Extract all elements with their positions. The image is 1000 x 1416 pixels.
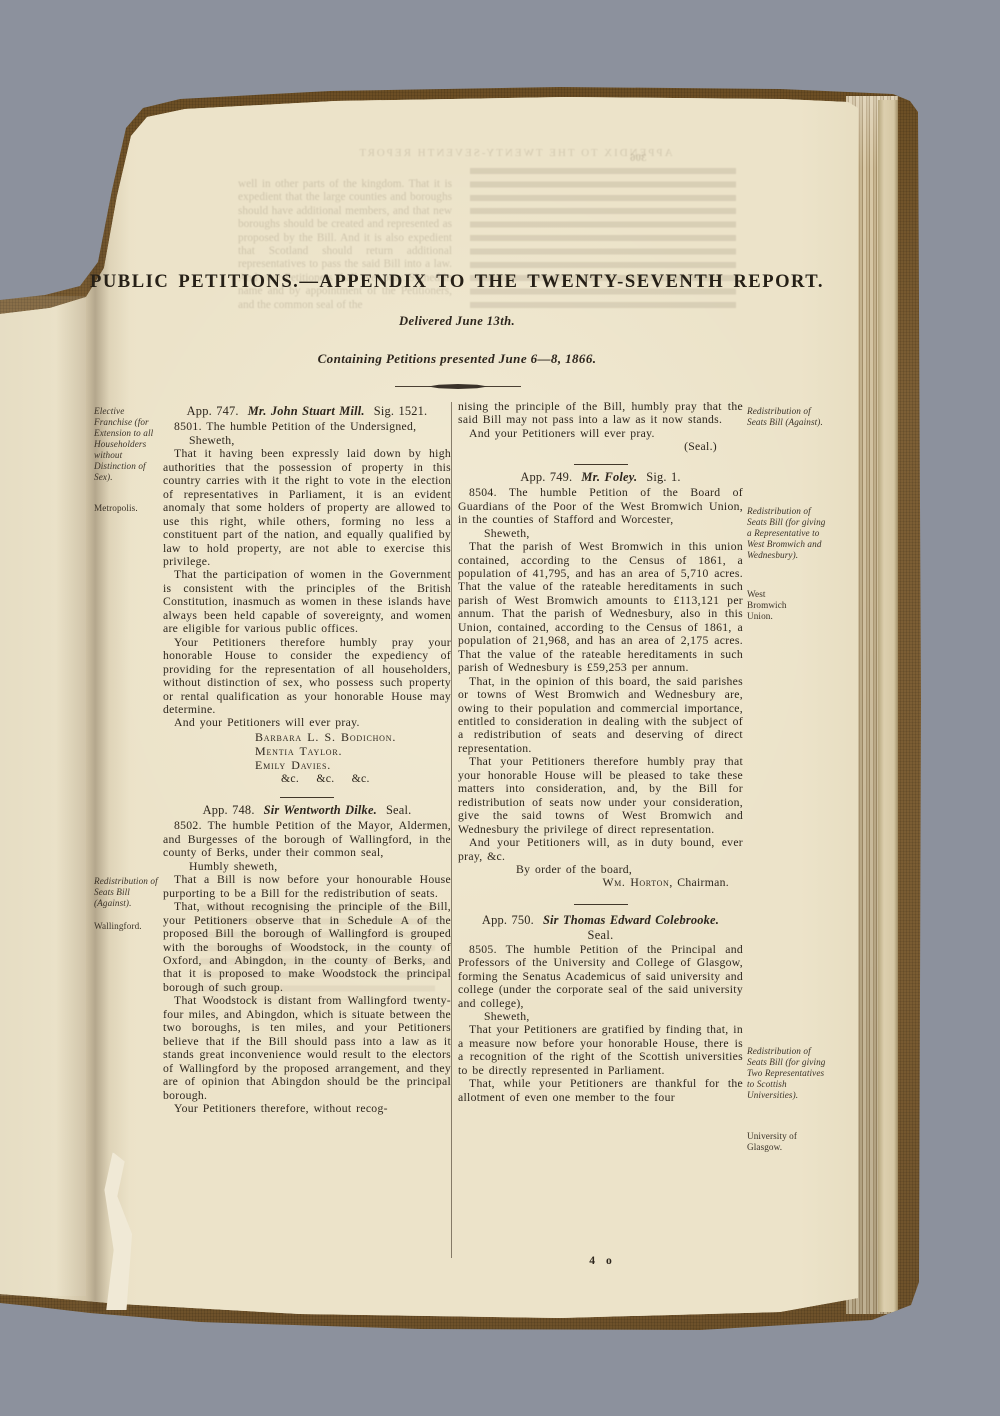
petition-747: App. 747.Mr. John Stuart Mill.Sig. 1521.… (163, 405, 451, 787)
seal-word: Seal. (386, 803, 411, 817)
margin-note-redistribution-against-2: Redistribution of Seats Bill (Against). (747, 406, 827, 428)
signature-count: Sig. 1. (646, 470, 680, 484)
right-column: nising the principle of the Bill, humbly… (458, 400, 743, 1104)
margin-note-elective-franchise: Elective Franchise (for Extension to all… (94, 406, 160, 483)
paragraph: That, without recognising the principle … (163, 900, 451, 994)
margin-note-west-bromwich-union: West Bromwich Union. (747, 589, 801, 622)
chairman-suffix: , Chairman. (669, 876, 729, 889)
paragraph-continuation: nising the principle of the Bill, humbly… (458, 400, 743, 427)
paragraph: Your Petitioners therefore humbly pray y… (163, 636, 451, 717)
paragraph-unfinished: That, while your Petitioners are thankfu… (458, 1077, 743, 1104)
app-number: App. 750. (482, 913, 534, 927)
paragraph: That your Petitioners therefore humbly p… (458, 755, 743, 836)
petition-heading: App. 748.Sir Wentworth Dilke.Seal. (163, 804, 451, 817)
signature-count: Sig. 1521. (374, 404, 428, 418)
prayer-line: And your Petitioners will ever pray. (163, 716, 451, 729)
paragraph: That the participation of women in the G… (163, 568, 451, 635)
paragraph-continued: Your Petitioners therefore, without reco… (163, 1102, 451, 1115)
presenter-name: Sir Wentworth Dilke. (264, 803, 377, 817)
margin-note-wallingford: Wallingford. (94, 921, 164, 932)
margin-note-scottish-universities-bill: Redistribution of Seats Bill (for giving… (747, 1046, 831, 1101)
prayer-line: And your Petitioners will, as in duty bo… (458, 836, 743, 863)
seal-line: (Seal.) (458, 440, 743, 453)
signature-name: Mentia Taylor. (255, 744, 451, 758)
delivered-line: Delivered June 13th. (88, 314, 826, 329)
petition-heading: App. 747.Mr. John Stuart Mill.Sig. 1521. (163, 405, 451, 418)
chairman-name: Wm. Horton (602, 876, 669, 889)
separator-rule (574, 904, 628, 905)
petition-heading: App. 749.Mr. Foley.Sig. 1. (458, 471, 743, 484)
paragraph: That it having been expressly laid down … (163, 447, 451, 568)
facing-page-margin-note: Veterinary Surgeons Bill (Against). (10, 167, 97, 195)
chairman-line: Wm. Horton, Chairman. (458, 876, 743, 889)
paragraph: That a Bill is now before your honourabl… (163, 873, 451, 900)
petition-748-continuation: nising the principle of the Bill, humbly… (458, 400, 743, 454)
margin-note-west-bromwich-bill: Redistribution of Seats Bill (for giving… (747, 506, 831, 561)
presenter-name: Mr. John Stuart Mill. (248, 404, 365, 418)
signature-name: Barbara L. S. Bodichon. (255, 730, 451, 744)
margin-note-university-of-glasgow: University of Glasgow. (747, 1131, 819, 1153)
presenter-name: Sir Thomas Edward Colebrooke. (543, 913, 719, 927)
open-book: APPENDIX TO THE TWENTY-SEVENTH REPORT 30… (0, 0, 1000, 1416)
etc-line: &c. &c. &c. (281, 772, 451, 787)
paragraph: That, in the opinion of this board, the … (458, 675, 743, 756)
swelled-rule (395, 384, 521, 389)
paragraph: 8504. The humble Petition of the Board o… (458, 486, 743, 526)
sheweth-line: Sheweth, (163, 434, 451, 447)
sheweth-line: Sheweth, (458, 1010, 743, 1023)
paragraph: 8505. The humble Petition of the Princip… (458, 943, 743, 1010)
petition-heading: App. 750.Sir Thomas Edward Colebrooke. (458, 914, 743, 927)
photo-of-open-book: { "colors": { "background_gray": "#8c919… (0, 0, 1000, 1416)
paragraph: That your Petitioners are gratified by f… (458, 1023, 743, 1077)
margin-note-redistribution-against: Redistribution of Seats Bill (Against). (94, 876, 164, 909)
page-top-shadow (0, 0, 860, 70)
page-edge-strip (878, 100, 898, 1312)
signature-name: Emily Davies. (255, 758, 451, 772)
paragraph: That the parish of West Bromwich in this… (458, 540, 743, 675)
by-order-line: By order of the board, (458, 863, 743, 876)
petition-748: App. 748.Sir Wentworth Dilke.Seal. 8502.… (163, 804, 451, 1115)
printers-signature-mark: 4 o (458, 1254, 743, 1267)
separator-rule (280, 797, 334, 798)
sheweth-line: Sheweth, (458, 527, 743, 540)
petition-750: App. 750.Sir Thomas Edward Colebrooke. S… (458, 914, 743, 1104)
paragraph: 8502. The humble Petition of the Mayor, … (163, 819, 451, 859)
seal-word: Seal. (458, 929, 743, 942)
app-number: App. 748. (203, 803, 255, 817)
column-divider (451, 402, 452, 1258)
separator-rule (574, 464, 628, 465)
paragraph: That Woodstock is distant from Wallingfo… (163, 994, 451, 1102)
sheweth-line: Humbly sheweth, (163, 860, 451, 873)
paragraph: 8501. The humble Petition of the Undersi… (163, 420, 451, 433)
prayer-line: And your Petitioners will ever pray. (458, 427, 743, 440)
left-column: App. 747.Mr. John Stuart Mill.Sig. 1521.… (163, 400, 451, 1115)
app-number: App. 749. (520, 470, 572, 484)
petition-749: App. 749.Mr. Foley.Sig. 1. 8504. The hum… (458, 471, 743, 890)
page-title: PUBLIC PETITIONS.—APPENDIX TO THE TWENTY… (88, 271, 826, 293)
app-number: App. 747. (187, 404, 239, 418)
containing-line: Containing Petitions presented June 6—8,… (88, 351, 826, 367)
margin-note-metropolis: Metropolis. (94, 503, 160, 514)
presenter-name: Mr. Foley. (581, 470, 637, 484)
